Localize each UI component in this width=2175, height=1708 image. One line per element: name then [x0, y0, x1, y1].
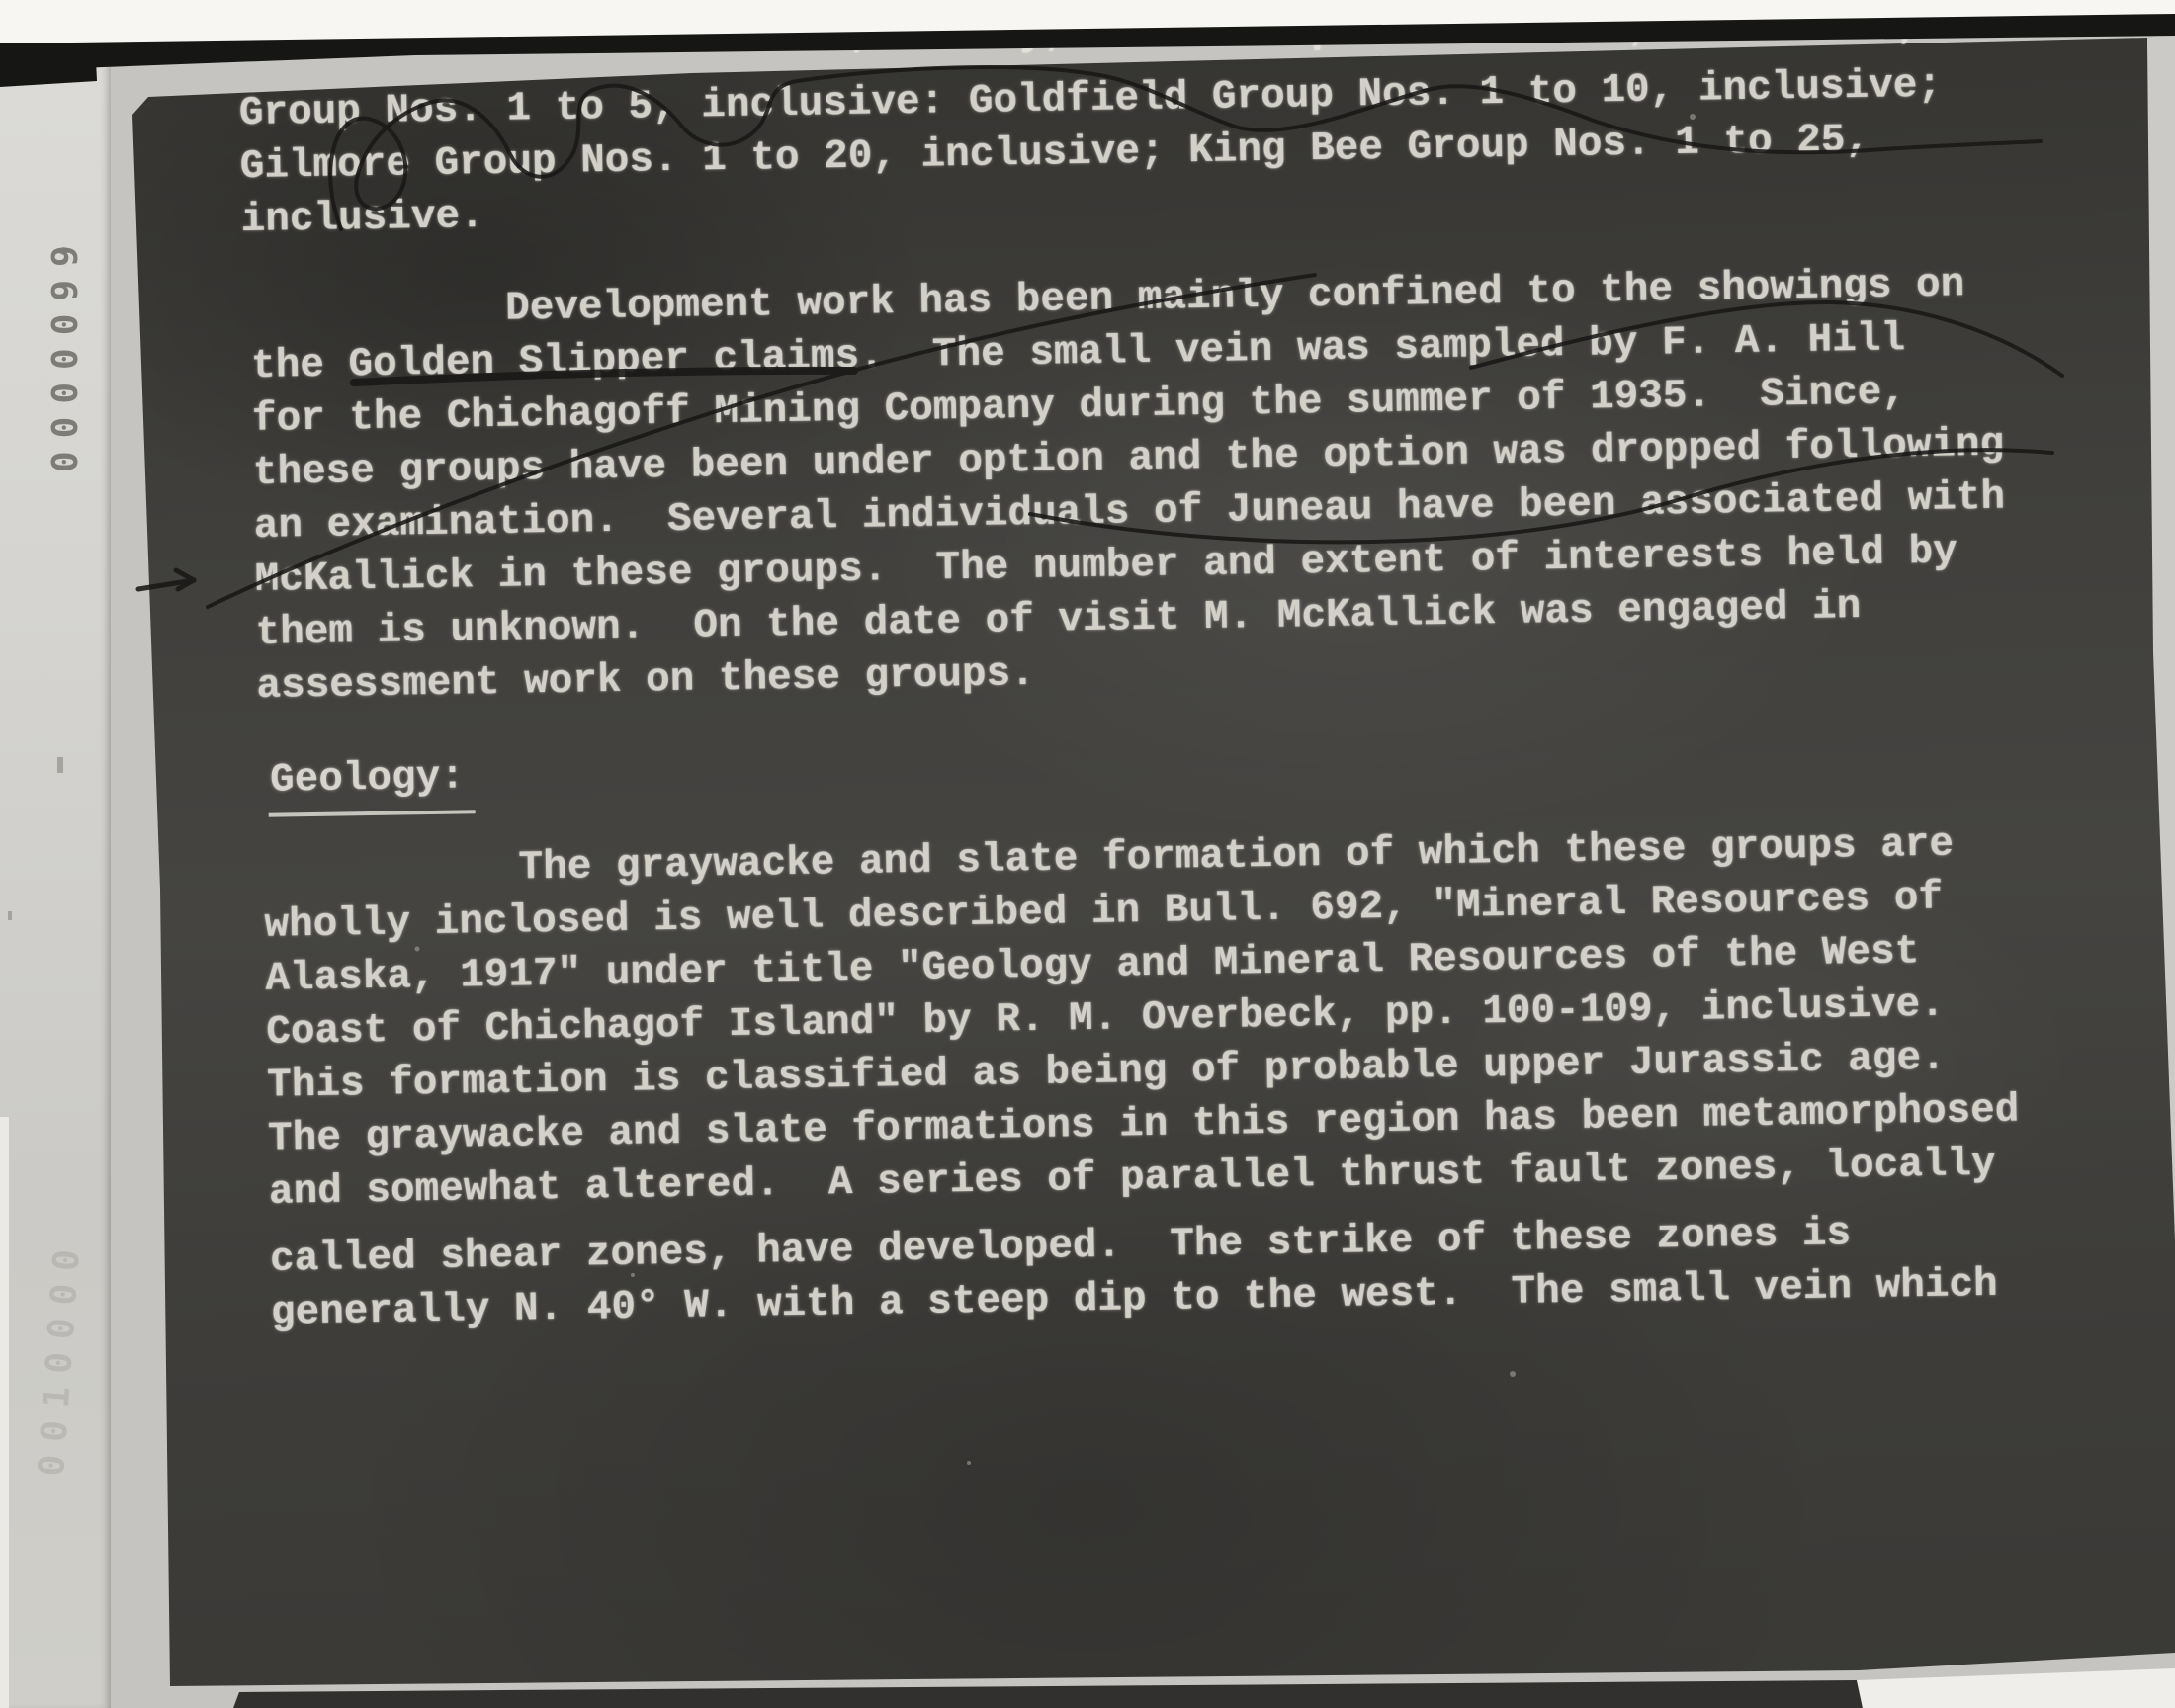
bottom-film-band — [233, 1680, 1863, 1708]
bottom-right-light-corner — [1857, 1668, 2175, 1708]
frame-number-stamp: 0000099 — [45, 232, 86, 472]
film-strip-edge-highlight — [0, 1117, 9, 1708]
development-paragraph: Development work has been mainly confine… — [250, 258, 2008, 714]
geology-paragraph: The graywacke and slate formation of whi… — [263, 816, 2023, 1339]
geology-heading: Geology: — [268, 753, 476, 816]
film-strip-blemish — [57, 757, 63, 773]
microfilm-scan-page: 0000099 0010000 of claims were staked, n… — [0, 0, 2175, 1708]
film-strip-blemish — [8, 911, 12, 920]
claim-groups-lines: Group Nos. 1 to 5, inclusive: Goldfield … — [238, 59, 1944, 248]
